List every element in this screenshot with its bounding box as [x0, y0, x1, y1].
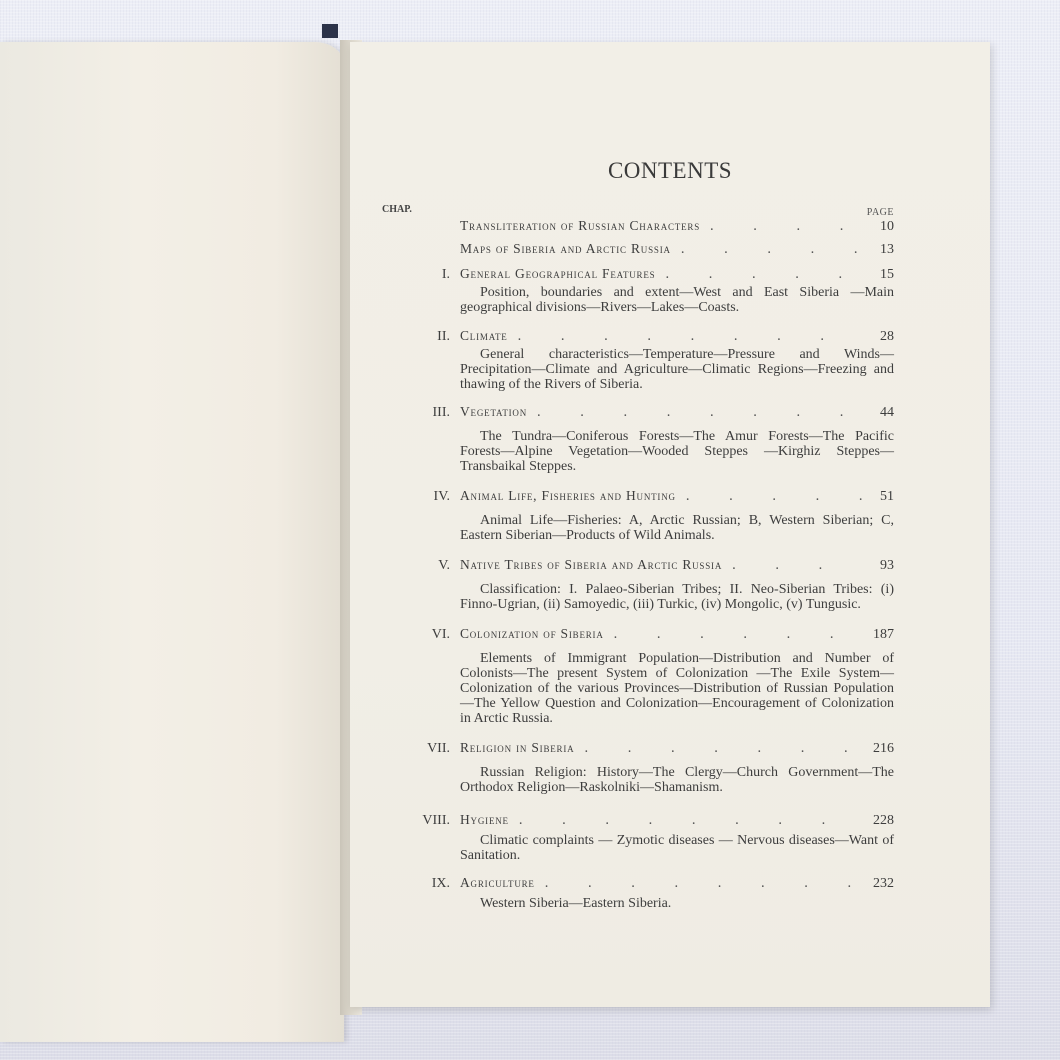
left-page [0, 42, 344, 1042]
contents-entry: Maps of Siberia and Arctic Russia. . . .… [402, 240, 894, 258]
contents-entry: VIII.Hygiene. . . . . . . . . . . . . . … [402, 811, 894, 863]
contents-entry: V.Native Tribes of Siberia and Arctic Ru… [402, 556, 894, 612]
contents-entry: III.Vegetation. . . . . . . . . . . . . … [402, 403, 894, 474]
contents-entry: I.General Geographical Features. . . . .… [402, 265, 894, 315]
page-number: 228 [862, 812, 894, 830]
chapter-description: Western Siberia—Eastern Siberia. [460, 896, 894, 911]
dot-leader: . . . . . . . . . . . . . . . . . . . . … [655, 265, 862, 283]
contents-entry: IV.Animal Life, Fisheries and Hunting. .… [402, 487, 894, 543]
page-number: 13 [862, 241, 894, 259]
contents-entry: Transliteration of Russian Characters. .… [402, 217, 894, 235]
dot-leader: . . . . . . . . . . . . . . . . . . . . … [574, 739, 862, 757]
dot-leader: . . . . . . . . . . . . . . . . . . . . … [535, 874, 862, 892]
contents-entry: VI.Colonization of Siberia. . . . . . . … [402, 625, 894, 726]
chapter-number: II. [402, 328, 460, 346]
page-number: 216 [862, 740, 894, 758]
dot-leader: . . . . . . . . . . . . . . . . . . . . … [509, 811, 862, 829]
contents-entry: VII.Religion in Siberia. . . . . . . . .… [402, 739, 894, 795]
page-number: 187 [862, 626, 894, 644]
chapter-heading: Animal Life, Fisheries and Hunting [460, 487, 676, 505]
chapter-description: Position, boundaries and extent—West and… [460, 285, 894, 315]
page-number: 10 [862, 218, 894, 236]
chapter-heading: Maps of Siberia and Arctic Russia [460, 240, 671, 258]
contents-entry: II.Climate. . . . . . . . . . . . . . . … [402, 327, 894, 392]
chapter-number: IX. [402, 875, 460, 893]
dot-leader: . . . . . . . . . . . . . . . . . . . . … [527, 403, 862, 421]
chapter-number: V. [402, 557, 460, 575]
page-number: 28 [862, 328, 894, 346]
chapter-heading: Vegetation [460, 403, 527, 421]
chapter-number: I. [402, 266, 460, 284]
chapter-description: General characteristics—Temperature—Pres… [460, 347, 894, 392]
chapter-number: VI. [402, 626, 460, 644]
page-number: 93 [862, 557, 894, 575]
page-number: 51 [862, 488, 894, 506]
dot-leader: . . . . . . . . . . . . . . . . . . . . … [508, 327, 862, 345]
chapter-heading: Religion in Siberia [460, 739, 574, 757]
contents-page: CONTENTS CHAP. PAGE Transliteration of R… [350, 42, 990, 1007]
chapter-description: Classification: I. Palaeo-Siberian Tribe… [460, 582, 894, 612]
page-number: 44 [862, 404, 894, 422]
page-title: CONTENTS [350, 158, 990, 184]
dot-leader: . . . . . . . . . . . . . . . . . . . . … [700, 217, 862, 235]
dot-leader: . . . . . . . . . . . . . . . . . . . . … [671, 240, 862, 258]
chapter-description: Elements of Immigrant Population—Distrib… [460, 651, 894, 726]
book-cover-edge-top [322, 24, 338, 38]
contents-list: Transliteration of Russian Characters. .… [402, 217, 894, 911]
chapter-description: Animal Life—Fisheries: A, Arctic Russian… [460, 513, 894, 543]
chapter-description: Climatic complaints — Zymotic diseases —… [460, 833, 894, 863]
chapter-description: Russian Religion: History—The Clergy—Chu… [460, 765, 894, 795]
chapter-description: The Tundra—Coniferous Forests—The Amur F… [460, 429, 894, 474]
page-number: 15 [862, 266, 894, 284]
dot-leader: . . . . . . . . . . . . . . . . . . . . … [604, 625, 862, 643]
page-number: 232 [862, 875, 894, 893]
chapter-heading: Transliteration of Russian Characters [460, 217, 700, 235]
dot-leader: . . . . . . . . . . . . . . . . . . . . … [722, 556, 862, 574]
chapter-heading: Hygiene [460, 811, 509, 829]
chapter-heading: Native Tribes of Siberia and Arctic Russ… [460, 556, 722, 574]
chapter-number: III. [402, 404, 460, 422]
contents-entry: IX.Agriculture. . . . . . . . . . . . . … [402, 874, 894, 911]
chapter-number: VIII. [402, 812, 460, 830]
dot-leader: . . . . . . . . . . . . . . . . . . . . … [676, 487, 862, 505]
chapter-heading: Colonization of Siberia [460, 625, 604, 643]
chapter-heading: Agriculture [460, 874, 535, 892]
chapter-number: IV. [402, 488, 460, 506]
chap-column-label: CHAP. [382, 204, 412, 215]
chapter-heading: Climate [460, 327, 508, 345]
chapter-heading: General Geographical Features [460, 265, 655, 283]
chapter-number: VII. [402, 740, 460, 758]
